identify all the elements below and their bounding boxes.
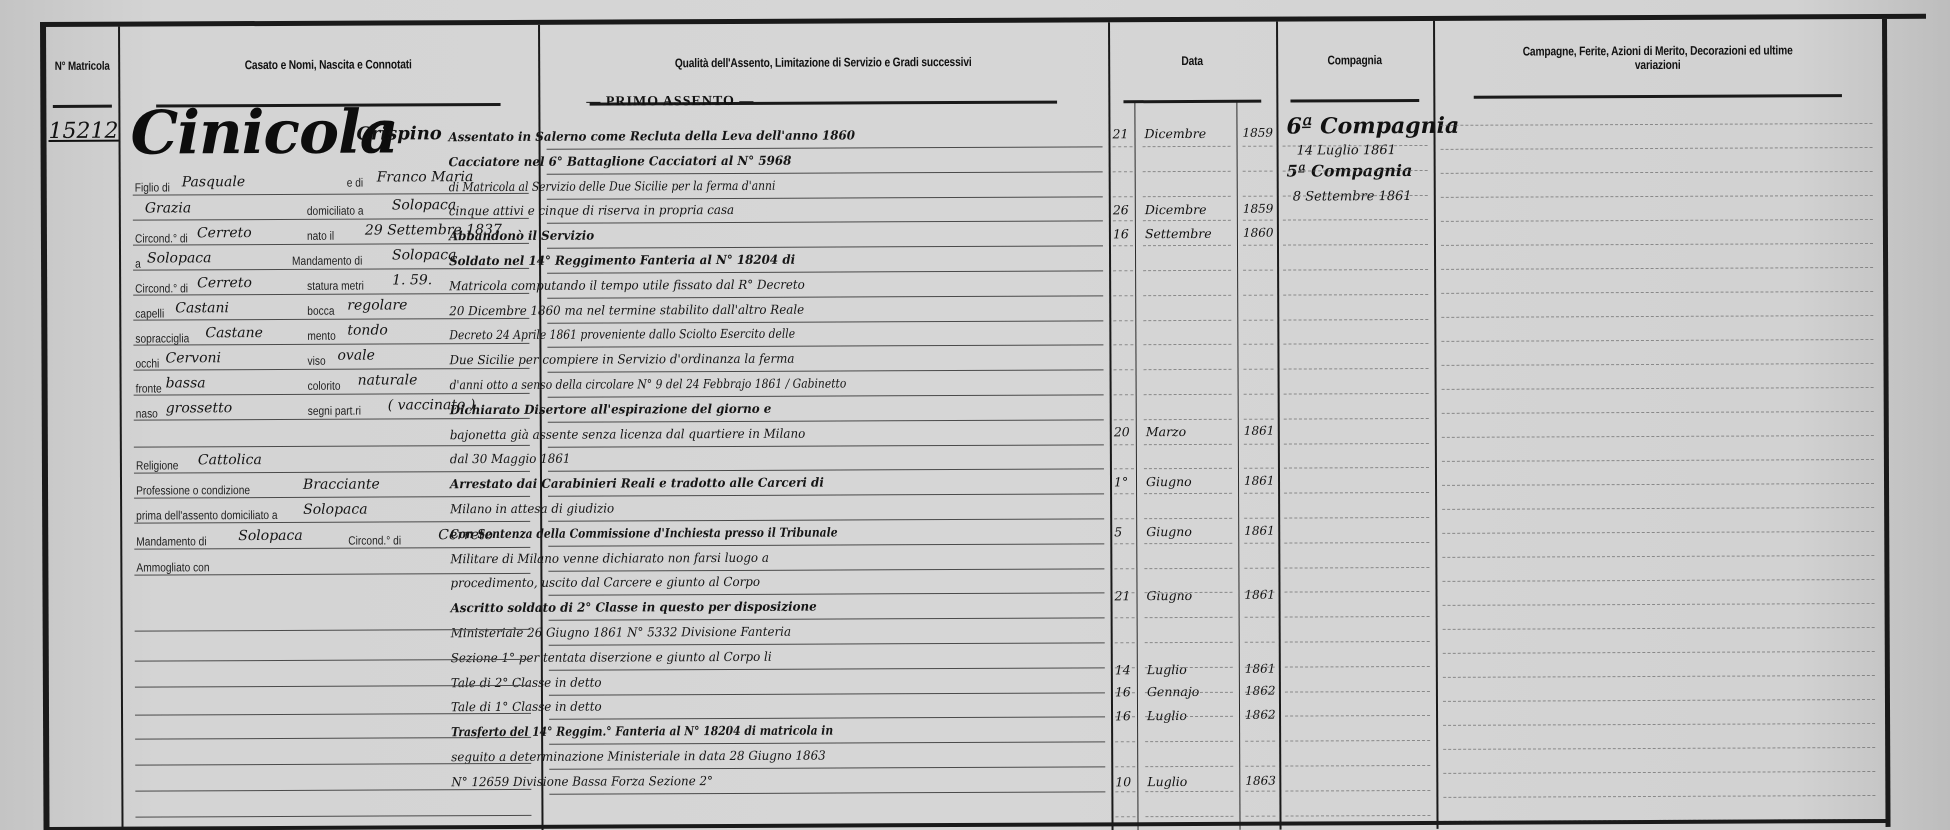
col-divider <box>118 27 124 830</box>
service-rule <box>548 568 1104 571</box>
date-rule <box>1243 294 1273 295</box>
service-line: Dichiarato Disertore all'espirazione del… <box>450 401 772 417</box>
service-rule <box>549 742 1105 745</box>
service-line: Matricola computando il tempo utile fiss… <box>449 276 805 293</box>
date-year: 1859 <box>1242 126 1273 140</box>
campagne-rule <box>1443 747 1875 750</box>
date-rule <box>1245 766 1275 767</box>
date-rule <box>1145 667 1233 668</box>
date-rule <box>1144 394 1232 395</box>
date-rule <box>1115 816 1135 817</box>
service-line: seguito a determinazione Ministeriale in… <box>451 748 826 765</box>
compagnia-rule <box>1283 219 1428 221</box>
date-rule <box>1245 666 1275 667</box>
date-rule <box>1114 518 1134 519</box>
service-line: bajonetta già assente senza licenza dal … <box>450 425 806 442</box>
field-label: colorito <box>308 379 341 393</box>
date-month: Giugno <box>1146 588 1192 603</box>
service-line: Sezione 1° per tentata diserzione e giun… <box>451 649 772 665</box>
date-year: 1861 <box>1244 524 1275 538</box>
date-rule <box>1244 567 1274 568</box>
underline-rule <box>134 418 530 421</box>
service-rule <box>549 618 1105 621</box>
service-line: Assentato in Salerno come Recluta della … <box>448 127 855 144</box>
field-label: a <box>135 257 141 271</box>
date-rule <box>1113 221 1133 222</box>
date-rule <box>1245 642 1275 643</box>
campagne-rule <box>1443 627 1875 630</box>
campagne-rule <box>1442 507 1874 510</box>
date-day: 20 <box>1114 424 1130 439</box>
date-month: Marzo <box>1146 424 1186 439</box>
compagnia-entry: 6ª Compagnia <box>1286 113 1459 140</box>
underline-rule <box>135 815 531 818</box>
date-year: 1863 <box>1245 774 1276 788</box>
matricola-number: 15212 <box>48 119 118 144</box>
date-rule <box>1115 692 1135 693</box>
header-qualita: Qualità dell'Assento, Limitazione di Ser… <box>589 23 1057 106</box>
header-campagne: Campagne, Ferite, Azioni di Merito, Deco… <box>1473 19 1842 99</box>
date-rule <box>1145 691 1233 692</box>
compagnia-rule <box>1285 666 1430 668</box>
col-divider <box>1433 21 1439 829</box>
date-month: Dicembre <box>1145 202 1207 217</box>
service-rule <box>547 320 1103 323</box>
compagnia-rule <box>1285 641 1430 643</box>
date-rule <box>1144 369 1232 370</box>
date-rule <box>1113 196 1133 197</box>
field-label: bocca <box>307 304 334 318</box>
campagne-rule <box>1442 579 1874 582</box>
service-line: Decreto 24 Aprile 1861 proveniente dallo… <box>449 326 795 343</box>
date-rule <box>1244 369 1274 370</box>
underline-rule <box>134 393 530 396</box>
date-rule <box>1114 394 1134 395</box>
service-rule <box>547 246 1103 249</box>
date-rule <box>1244 468 1274 469</box>
date-rule <box>1243 319 1273 320</box>
service-rule <box>548 394 1104 397</box>
date-rule <box>1245 617 1275 618</box>
compagnia-rule <box>1284 591 1429 593</box>
col-divider <box>1882 19 1891 827</box>
campagne-rule <box>1442 531 1874 534</box>
field-label: mento <box>307 329 335 343</box>
date-year: 1861 <box>1245 662 1276 676</box>
header-matricola: N° Matricola <box>53 27 112 108</box>
service-line: Arrestato dai Carabinieri Reali e tradot… <box>450 475 824 492</box>
date-rule <box>1143 344 1231 345</box>
field-label: e di <box>347 176 364 190</box>
date-rule <box>1113 295 1133 296</box>
date-rule <box>1244 542 1274 543</box>
date-rule <box>1114 419 1134 420</box>
date-rule <box>1113 345 1133 346</box>
date-month: Dicembre <box>1144 126 1206 141</box>
date-rule <box>1115 791 1135 792</box>
date-rule <box>1113 245 1133 246</box>
date-rule <box>1143 270 1231 271</box>
field-value: Solopaca <box>238 528 302 544</box>
underline-rule <box>133 318 529 321</box>
campagne-rule <box>1441 219 1873 222</box>
date-rule <box>1143 245 1231 246</box>
service-rule <box>549 717 1105 720</box>
compagnia-rule <box>1284 393 1429 395</box>
date-rule <box>1243 270 1273 271</box>
field-label: capelli <box>135 306 164 320</box>
date-rule <box>1144 468 1232 469</box>
field-label: Ammogliato con <box>136 560 209 574</box>
field-value: naturale <box>358 372 418 388</box>
date-rule <box>1244 443 1274 444</box>
service-rule <box>548 370 1104 373</box>
service-line: Abbandonò il Servizio <box>449 228 594 244</box>
campagne-rule <box>1442 435 1874 438</box>
date-year: 1861 <box>1244 588 1275 602</box>
field-value: Solopaca <box>392 247 456 263</box>
field-value: tondo <box>347 322 388 338</box>
date-rule <box>1243 146 1273 147</box>
field-label: nato il <box>307 229 334 243</box>
field-label: Professione o condizione <box>136 483 250 497</box>
field-value: 1. 59. <box>392 272 432 288</box>
service-line: Due Sicilie per compiere in Servizio d'o… <box>449 351 794 368</box>
campagne-rule <box>1443 675 1875 678</box>
date-rule <box>1244 394 1274 395</box>
service-rule <box>549 692 1105 695</box>
underline-rule <box>135 789 531 792</box>
date-day: 1° <box>1114 474 1128 489</box>
date-rule <box>1113 270 1133 271</box>
date-rule <box>1243 245 1273 246</box>
underline-rule <box>133 193 529 196</box>
field-value: Bracciante <box>303 477 380 493</box>
date-rule <box>1245 790 1275 791</box>
date-rule <box>1115 667 1135 668</box>
service-rule <box>549 766 1105 769</box>
underline-rule <box>133 218 529 221</box>
date-rule <box>1115 717 1135 718</box>
col-divider <box>1108 22 1114 830</box>
date-rule <box>1245 691 1275 692</box>
underline-rule <box>135 763 531 766</box>
compagnia-rule <box>1284 368 1429 370</box>
compagnia-rule <box>1284 492 1429 494</box>
field-label: Circond.° di <box>348 533 401 547</box>
field-value: Cattolica <box>198 452 262 468</box>
campagne-rule <box>1441 171 1873 174</box>
field-value: grossetto <box>166 400 232 416</box>
date-rule <box>1144 567 1232 568</box>
field-value: Cervoni <box>165 350 221 366</box>
date-rule <box>1114 543 1134 544</box>
date-rule <box>1144 543 1232 544</box>
date-rule <box>1114 369 1134 370</box>
service-rule <box>548 543 1104 546</box>
service-rule <box>549 791 1105 794</box>
service-rule <box>549 593 1105 596</box>
field-label: prima dell'assento domiciliato a <box>136 508 277 523</box>
date-month: Luglio <box>1147 774 1187 789</box>
field-label: Mandamento di <box>292 254 362 268</box>
campagne-rule <box>1442 483 1874 486</box>
campagne-rule <box>1441 195 1873 198</box>
date-rule <box>1145 617 1233 618</box>
date-day: 16 <box>1113 226 1129 241</box>
date-month: Giugno <box>1146 474 1192 489</box>
date-month: Settembre <box>1145 226 1212 241</box>
compagnia-rule <box>1285 790 1430 792</box>
compagnia-rule <box>1283 294 1428 296</box>
field-label: Figlio di <box>135 180 170 194</box>
service-line: cinque attivi e cinque di riserva in pro… <box>449 202 734 218</box>
service-rule <box>549 642 1105 645</box>
field-value: Grazia <box>145 200 192 216</box>
campagne-rule <box>1442 411 1874 414</box>
date-rule <box>1145 815 1233 816</box>
campagne-rule <box>1442 555 1874 558</box>
date-rule <box>1143 295 1231 296</box>
campagne-rule <box>1441 243 1873 246</box>
date-rule <box>1145 741 1233 742</box>
service-line: N° 12659 Divisione Bassa Forza Sezione 2… <box>451 773 713 789</box>
field-value: regolare <box>347 297 407 313</box>
register-sheet: N° Matricola Casato e Nomi, Nascita e Co… <box>40 14 1930 830</box>
date-rule <box>1115 766 1135 767</box>
header-casato: Casato e Nomi, Nascita e Connotati <box>156 25 501 108</box>
date-rule <box>1243 220 1273 221</box>
service-rule <box>547 270 1103 273</box>
underline-rule <box>133 293 529 296</box>
service-rule <box>549 667 1105 670</box>
field-value: Solopaca <box>303 502 367 518</box>
campagne-rule <box>1441 267 1873 270</box>
field-label: segni part.ri <box>308 404 361 418</box>
given-name: Crispino <box>356 123 441 144</box>
date-rule <box>1145 642 1233 643</box>
date-rule <box>1144 493 1232 494</box>
date-day: 21 <box>1114 588 1130 603</box>
date-year: 1862 <box>1245 708 1276 722</box>
header-compagnia: Compagnia <box>1290 21 1419 103</box>
service-rule <box>547 196 1103 199</box>
service-line: 20 Dicembre 1860 ma nel termine stabilit… <box>449 301 804 318</box>
field-label: domiciliato a <box>307 204 364 218</box>
field-label: viso <box>307 354 325 368</box>
service-rule <box>548 419 1104 422</box>
date-subdivider <box>1236 102 1240 830</box>
campagne-rule <box>1441 315 1873 318</box>
service-line: di Matricola al Servizio delle Due Sicil… <box>449 177 776 193</box>
field-value: ovale <box>337 348 375 364</box>
service-line: Milano in attesa di giudizio <box>450 500 614 516</box>
date-rule <box>1244 518 1274 519</box>
primo-assento-heading: — PRIMO ASSENTO — <box>586 94 754 111</box>
date-rule <box>1244 592 1274 593</box>
date-rule <box>1145 766 1233 767</box>
date-rule <box>1143 319 1231 320</box>
date-rule <box>1244 418 1274 419</box>
field-value: Castani <box>175 300 229 316</box>
service-rule <box>548 518 1104 521</box>
compagnia-rule <box>1284 443 1429 445</box>
compagnia-entry: 8 Settembre 1861 <box>1293 189 1412 205</box>
campagne-rule <box>1442 459 1874 462</box>
compagnia-rule <box>1285 815 1430 817</box>
field-label: statura metri <box>307 279 364 293</box>
compagnia-rule <box>1283 269 1428 271</box>
service-line: Cacciatore nel 6° Battaglione Cacciatori… <box>449 153 792 169</box>
date-rule <box>1143 171 1231 172</box>
campagne-rule <box>1441 147 1873 150</box>
date-rule <box>1243 170 1273 171</box>
date-month: Luglio <box>1147 662 1187 677</box>
compagnia-rule <box>1285 691 1430 693</box>
date-rule <box>1145 716 1233 717</box>
compagnia-rule <box>1284 418 1429 420</box>
campagne-rule <box>1443 771 1875 774</box>
field-value: Solopaca <box>392 197 456 213</box>
underline-rule <box>133 268 529 271</box>
date-rule <box>1115 642 1135 643</box>
field-value: Cerreto <box>197 275 252 291</box>
field-value: Cerreto <box>197 225 252 241</box>
underline-rule <box>134 368 530 371</box>
date-rule <box>1114 444 1134 445</box>
compagnia-rule <box>1283 244 1428 246</box>
date-rule <box>1144 419 1232 420</box>
compagnia-rule <box>1285 616 1430 618</box>
field-label: naso <box>136 406 158 420</box>
service-rule <box>548 469 1104 472</box>
campagne-rule <box>1441 291 1873 294</box>
compagnia-rule <box>1285 765 1430 767</box>
campagne-rule <box>1443 651 1875 654</box>
service-rule <box>548 494 1104 497</box>
campagne-rule <box>1443 795 1875 798</box>
field-value: Pasquale <box>182 174 245 190</box>
date-rule <box>1114 469 1134 470</box>
date-year: 1860 <box>1243 226 1274 240</box>
date-year: 1861 <box>1244 424 1275 438</box>
service-line: Militare di Milano venne dichiarato non … <box>450 549 769 565</box>
service-line: Con Sentenza della Commissione d'Inchies… <box>450 524 837 541</box>
service-line: dal 30 Maggio 1861 <box>450 451 571 467</box>
campagne-rule <box>1443 699 1875 702</box>
date-rule <box>1114 493 1134 494</box>
date-rule <box>1143 220 1231 221</box>
header-data: Data <box>1123 22 1261 104</box>
compagnia-rule <box>1284 567 1429 569</box>
compagnia-rule <box>1284 517 1429 519</box>
date-rule <box>1114 568 1134 569</box>
service-line: Soldato nel 14° Reggimento Fanteria al N… <box>449 252 795 269</box>
service-rule <box>547 345 1103 348</box>
underline-rule <box>134 445 530 448</box>
date-rule <box>1143 146 1231 147</box>
col-divider <box>1276 22 1282 830</box>
underline-rule <box>134 471 530 474</box>
service-rule <box>547 171 1103 174</box>
service-line: procedimento, uscito dal Carcere e giunt… <box>450 574 760 590</box>
service-rule <box>547 221 1103 224</box>
compagnia-rule <box>1285 715 1430 717</box>
compagnia-rule <box>1284 467 1429 469</box>
field-label: occhi <box>135 356 159 370</box>
date-rule <box>1143 195 1231 196</box>
compagnia-rule <box>1285 740 1430 742</box>
field-value: Solopaca <box>147 250 211 266</box>
service-line: d'anni otto a senso della circolare N° 9… <box>450 375 847 392</box>
campagne-rule <box>1442 387 1874 390</box>
underline-rule <box>133 243 529 246</box>
date-rule <box>1115 741 1135 742</box>
compagnia-rule <box>1284 542 1429 544</box>
date-month: Giugno <box>1146 524 1192 539</box>
date-rule <box>1243 195 1273 196</box>
date-rule <box>1115 617 1135 618</box>
campagne-rule <box>1442 363 1874 366</box>
date-rule <box>1245 716 1275 717</box>
field-label: Mandamento di <box>136 534 206 548</box>
date-rule <box>1113 320 1133 321</box>
field-value: bassa <box>166 375 206 391</box>
date-rule <box>1144 443 1232 444</box>
date-rule <box>1145 791 1233 792</box>
date-rule <box>1144 518 1232 519</box>
date-subdivider <box>1134 102 1138 830</box>
date-day: 21 <box>1112 126 1128 141</box>
compagnia-rule <box>1283 343 1428 345</box>
date-day: 14 <box>1115 662 1131 677</box>
service-line: Ascritto soldato di 2° Classe in questo … <box>451 599 817 616</box>
date-rule <box>1244 493 1274 494</box>
date-day: 26 <box>1113 202 1129 217</box>
date-day: 5 <box>1114 524 1122 539</box>
date-rule <box>1113 146 1133 147</box>
campagne-rule <box>1443 603 1875 606</box>
field-value: Castane <box>205 325 263 341</box>
date-year: 1861 <box>1244 474 1275 488</box>
date-rule <box>1113 171 1133 172</box>
date-rule <box>1145 592 1233 593</box>
campagne-rule <box>1443 723 1875 726</box>
date-rule <box>1245 741 1275 742</box>
field-label: Religione <box>136 458 179 472</box>
service-line: Ministeriale 26 Giugno 1861 N° 5332 Divi… <box>451 624 791 640</box>
underline-rule <box>133 343 529 346</box>
service-line: Tale di 2° Classe in detto <box>451 674 602 690</box>
service-rule <box>547 146 1103 149</box>
field-label: fronte <box>136 381 162 395</box>
campagne-rule <box>1440 123 1872 126</box>
date-rule <box>1115 593 1135 594</box>
service-rule <box>547 295 1103 298</box>
date-rule <box>1243 344 1273 345</box>
compagnia-rule <box>1283 319 1428 321</box>
service-rule <box>548 444 1104 447</box>
date-day: 10 <box>1115 774 1131 789</box>
date-year: 1859 <box>1243 202 1274 216</box>
campagne-rule <box>1441 339 1873 342</box>
date-rule <box>1245 815 1275 816</box>
